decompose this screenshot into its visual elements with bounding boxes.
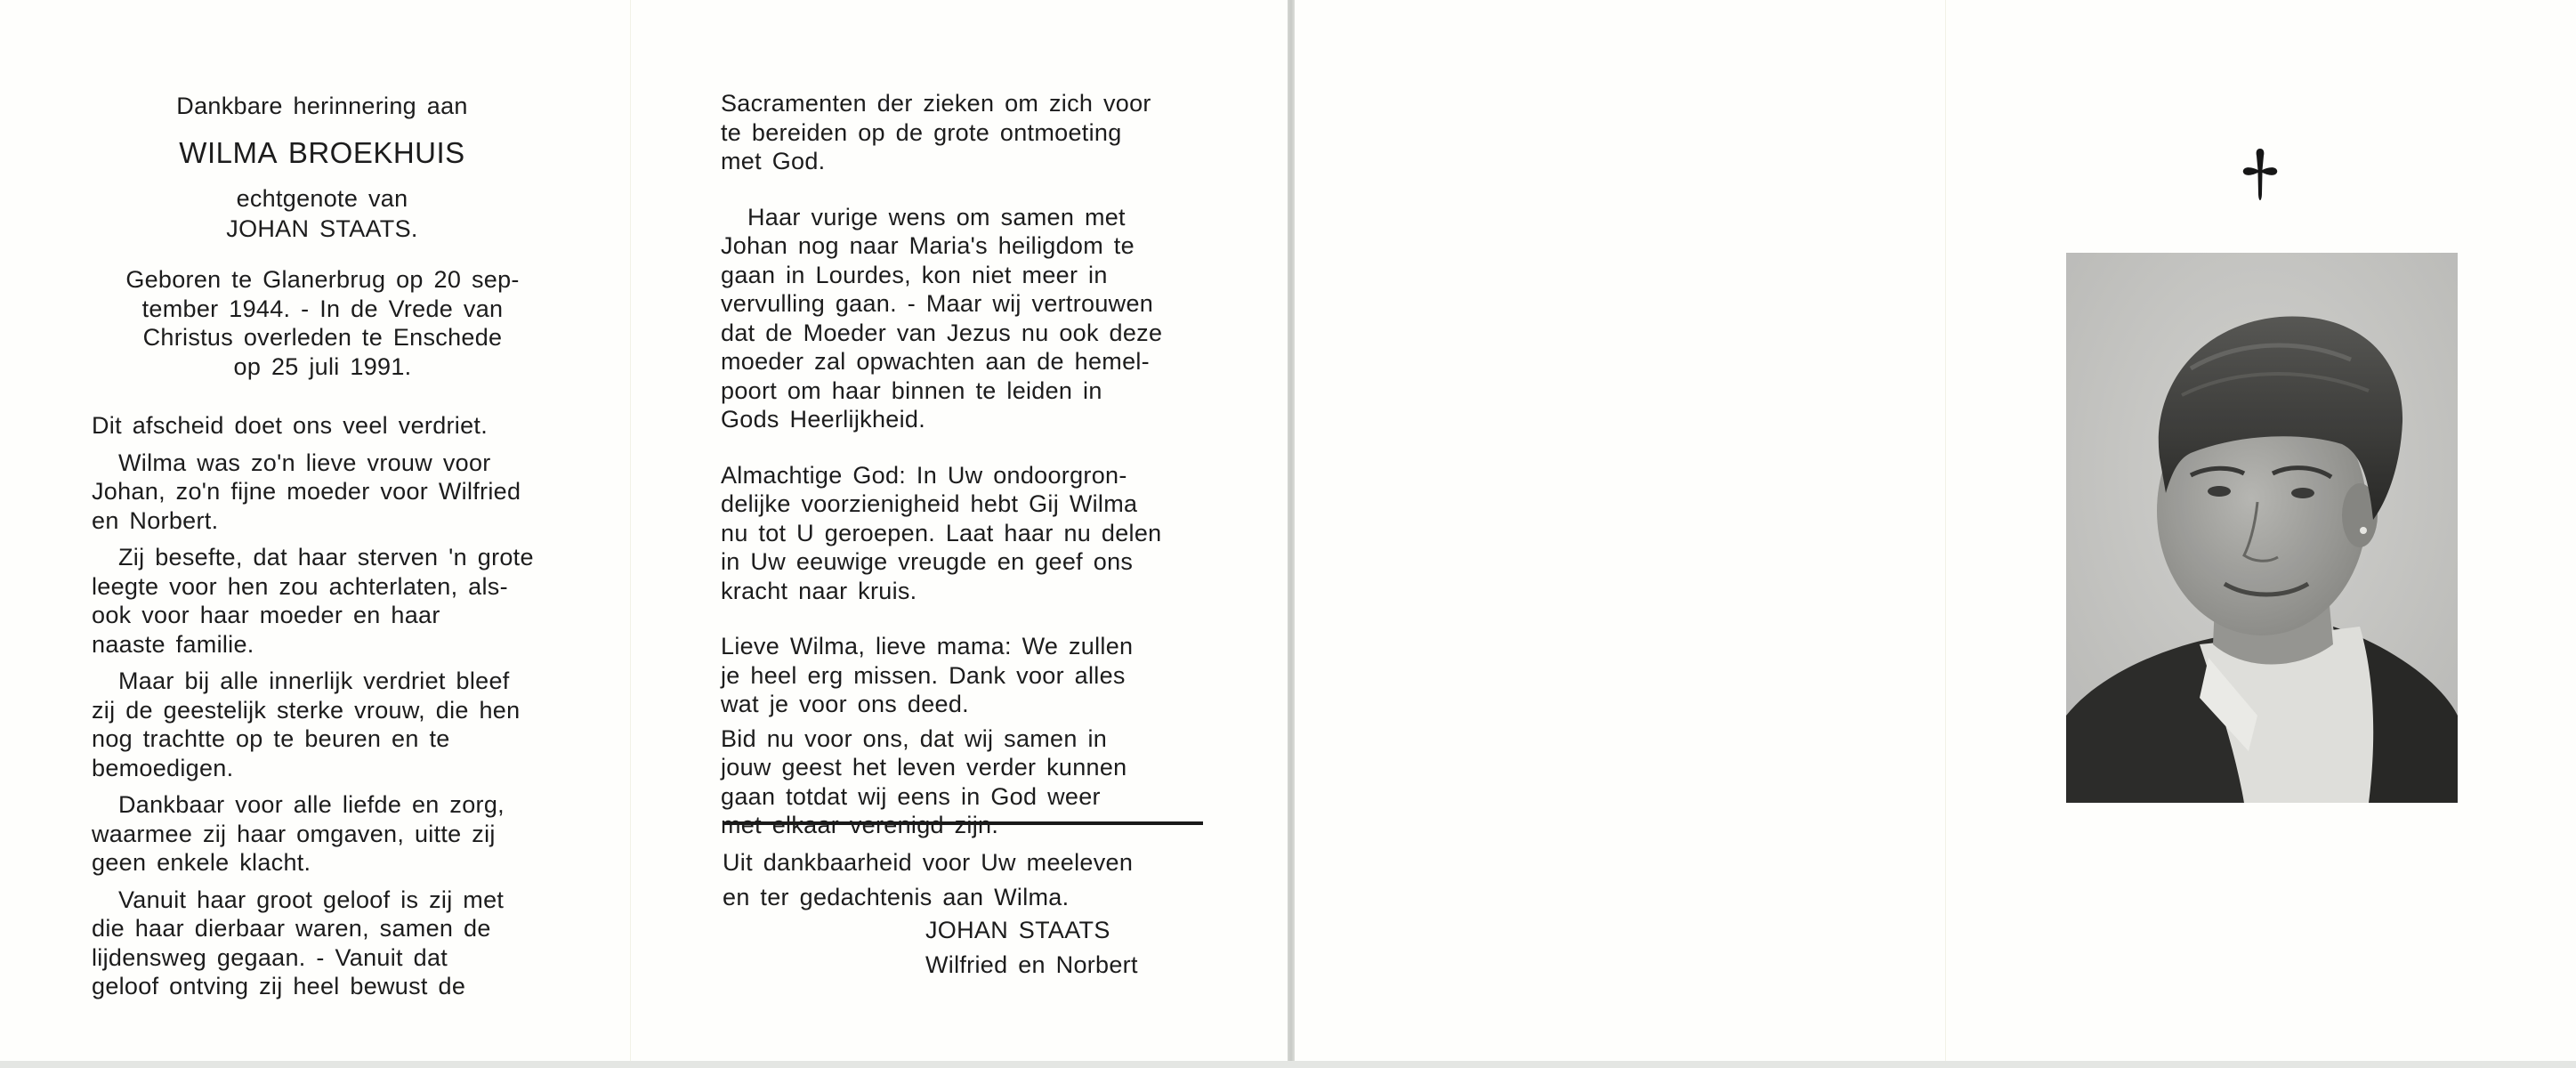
header-intro: Dankbare herinnering aan — [100, 92, 545, 120]
text-line: Uit dankbaarheid voor Uw meeleven — [723, 845, 1133, 880]
text-line: vervulling gaan. - Maar wij vertrouwen — [721, 289, 1162, 319]
fold-line-inside — [630, 0, 631, 1061]
paragraph: Vanuit haar groot geloof is zij metdie h… — [92, 886, 504, 1001]
text-line: tember 1944. - In de Vrede van — [89, 295, 556, 324]
text-line: lijdensweg gegaan. - Vanuit dat — [92, 943, 504, 973]
text-line: op 25 juli 1991. — [89, 352, 556, 382]
paragraph: Zij besefte, dat haar sterven 'n grotele… — [92, 543, 534, 659]
portrait-photo — [2066, 253, 2458, 803]
text-line: leegte voor hen zou achterlaten, als- — [92, 572, 534, 602]
text-line: Zij besefte, dat haar sterven 'n grote — [92, 543, 534, 572]
paragraph: Lieve Wilma, lieve mama: We zullenje hee… — [721, 632, 1133, 719]
text-line: wat je voor ons deed. — [721, 690, 1133, 719]
text-line: Johan, zo'n fijne moeder voor Wilfried — [92, 477, 521, 506]
text-line: Haar vurige wens om samen met — [721, 203, 1162, 232]
text-line: gaan in Lourdes, kon niet meer in — [721, 261, 1162, 290]
paragraph: Dit afscheid doet ons veel verdriet. — [92, 411, 488, 441]
portrait-illustration — [2066, 253, 2458, 803]
paragraph: Wilma was zo'n lieve vrouw voorJohan, zo… — [92, 449, 521, 536]
text-line: jouw geest het leven verder kunnen — [721, 753, 1126, 782]
text-line: geloof ontving zij heel bewust de — [92, 972, 504, 1001]
text-line: waarmee zij haar omgaven, uitte zij — [92, 820, 505, 849]
text-line: zij de geestelijk sterke vrouw, die hen — [92, 696, 520, 725]
cross-icon — [2241, 147, 2279, 202]
thanks-paragraph: Uit dankbaarheid voor Uw meelevenen ter … — [723, 845, 1133, 915]
text-line: Bid nu voor ons, dat wij samen in — [721, 724, 1126, 754]
text-line: in Uw eeuwige vreugde en geef ons — [721, 547, 1161, 577]
text-line: gaan totdat wij eens in God weer — [721, 782, 1126, 812]
text-line: te bereiden op de grote ontmoeting — [721, 118, 1151, 148]
text-line: Johan nog naar Maria's heiligdom te — [721, 231, 1162, 261]
spouse-name: JOHAN STAATS. — [100, 214, 545, 243]
signature-line: JOHAN STAATS — [925, 913, 1138, 948]
text-line: Vanuit haar groot geloof is zij met — [92, 886, 504, 915]
text-line: naaste familie. — [92, 630, 534, 659]
text-line: moeder zal opwachten aan de hemel- — [721, 347, 1162, 376]
signatures: JOHAN STAATSWilfried en Norbert — [925, 913, 1138, 983]
text-line: Almachtige God: In Uw ondoorgron- — [721, 461, 1161, 490]
text-line: Dankbaar voor alle liefde en zorg, — [92, 790, 505, 820]
text-line: nog trachtte op te beuren en te — [92, 724, 520, 754]
text-line: Gods Heerlijkheid. — [721, 405, 1162, 434]
text-line: met God. — [721, 147, 1151, 176]
text-line: Sacramenten der zieken om zich voor — [721, 89, 1151, 118]
text-line: dat de Moeder van Jezus nu ook deze — [721, 319, 1162, 348]
separator-rule — [723, 821, 1203, 825]
text-line: Dit afscheid doet ons veel verdriet. — [92, 411, 488, 441]
fold-line-cover — [1945, 0, 1946, 1061]
text-line: poort om haar binnen te leiden in — [721, 376, 1162, 406]
text-line: die haar dierbaar waren, samen de — [92, 914, 504, 943]
paragraph: Haar vurige wens om samen metJohan nog n… — [721, 203, 1162, 434]
text-line: nu tot U geroepen. Laat haar nu delen — [721, 519, 1161, 548]
birth-death-paragraph: Geboren te Glanerbrug op 20 sep-tember 1… — [89, 265, 556, 381]
paragraph: Maar bij alle innerlijk verdriet bleefzi… — [92, 667, 520, 782]
signature-line: Wilfried en Norbert — [925, 948, 1138, 983]
text-line: en ter gedachtenis aan Wilma. — [723, 880, 1133, 915]
text-line: kracht naar kruis. — [721, 577, 1161, 606]
card-divider — [1288, 0, 1295, 1068]
header-relation: echtgenote van — [100, 184, 545, 213]
text-line: ook voor haar moeder en haar — [92, 601, 534, 630]
text-line: Christus overleden te Enschede — [89, 323, 556, 352]
paragraph: Sacramenten der zieken om zich voorte be… — [721, 89, 1151, 176]
text-line: geen enkele klacht. — [92, 848, 505, 878]
paragraph: Almachtige God: In Uw ondoorgron-delijke… — [721, 461, 1161, 606]
text-line: en Norbert. — [92, 506, 521, 536]
paragraph: Dankbaar voor alle liefde en zorg,waarme… — [92, 790, 505, 878]
text-line: je heel erg missen. Dank voor alles — [721, 661, 1133, 691]
text-line: bemoedigen. — [92, 754, 520, 783]
text-line: Geboren te Glanerbrug op 20 sep- — [89, 265, 556, 295]
deceased-name: WILMA BROEKHUIS — [100, 139, 545, 167]
text-line: met elkaar verenigd zijn. — [721, 811, 1126, 840]
text-line: delijke voorzienigheid hebt Gij Wilma — [721, 489, 1161, 519]
text-line: Maar bij alle innerlijk verdriet bleef — [92, 667, 520, 696]
text-line: Lieve Wilma, lieve mama: We zullen — [721, 632, 1133, 661]
text-line: Wilma was zo'n lieve vrouw voor — [92, 449, 521, 478]
scan-bottom-edge — [0, 1061, 2576, 1068]
